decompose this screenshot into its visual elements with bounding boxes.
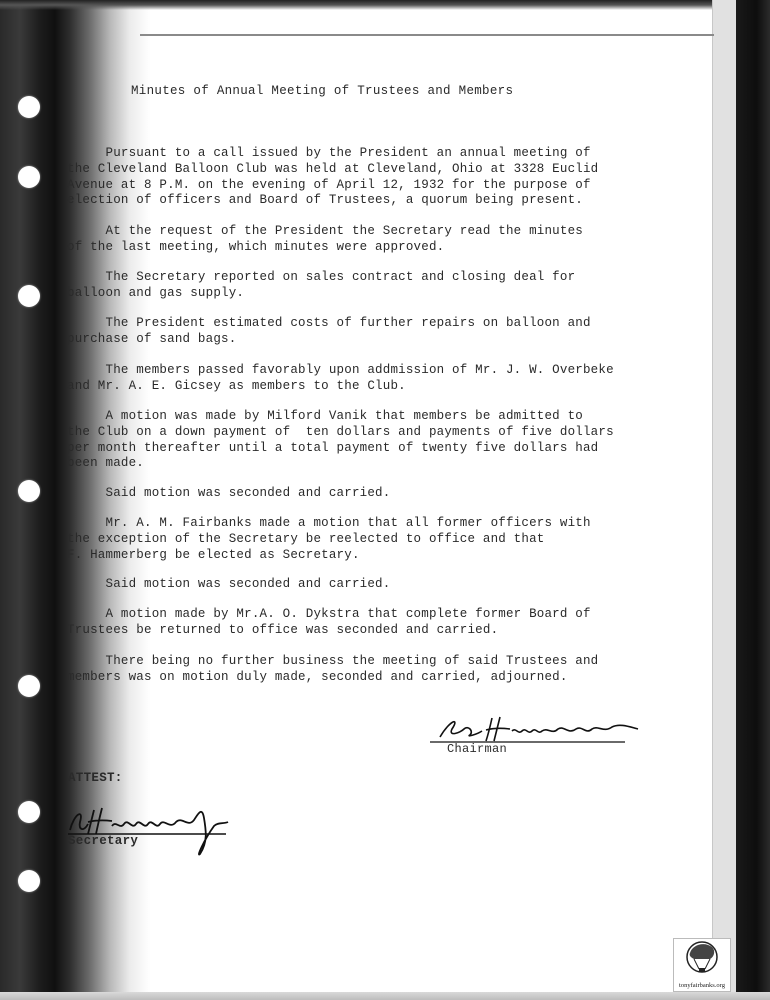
paragraph: A motion made by Mr.A. O. Dykstra that c… (67, 607, 627, 639)
document-title: Minutes of Annual Meeting of Trustees an… (131, 84, 513, 98)
paragraph: Said motion was seconded and carried. (67, 486, 627, 502)
text-line: Said motion was seconded and carried. (67, 486, 627, 502)
text-line: Avenue at 8 P.M. on the evening of April… (67, 178, 627, 194)
paragraph: Mr. A. M. Fairbanks made a motion that a… (67, 516, 627, 563)
right-page-frame (712, 0, 737, 1000)
text-line: At the request of the President the Secr… (67, 224, 627, 240)
secretary-signature-icon (66, 800, 246, 860)
text-line: The Secretary reported on sales contract… (67, 270, 627, 286)
binder-hole (18, 675, 40, 697)
text-line: of the last meeting, which minutes were … (67, 240, 627, 256)
paragraph: The President estimated costs of further… (67, 316, 627, 348)
binder-hole (18, 480, 40, 502)
attest-label: ATTEST: (68, 771, 123, 785)
binder-hole (18, 801, 40, 823)
right-scan-edge (736, 0, 770, 1000)
paragraph: The Secretary reported on sales contract… (67, 270, 627, 302)
watermark-text: tonyfairbanks.org (674, 982, 730, 989)
chairman-signature-block: Chairman (430, 715, 650, 765)
text-line: Mr. A. M. Fairbanks made a motion that a… (67, 516, 627, 532)
secretary-label: Secretary (68, 834, 138, 848)
text-line: purchase of sand bags. (67, 332, 627, 348)
chairman-label: Chairman (447, 742, 507, 756)
site-watermark: tonyfairbanks.org (673, 938, 731, 992)
bottom-scan-edge (0, 992, 770, 1000)
text-line: been made. (67, 456, 627, 472)
text-line: the exception of the Secretary be reelec… (67, 532, 627, 548)
text-line: The President estimated costs of further… (67, 316, 627, 332)
paragraph: A motion was made by Milford Vanik that … (67, 409, 627, 472)
text-line: Said motion was seconded and carried. (67, 577, 627, 593)
binder-hole (18, 96, 40, 118)
text-line: A motion was made by Milford Vanik that … (67, 409, 627, 425)
text-line: per month thereafter until a total payme… (67, 441, 627, 457)
secretary-signature-block: Secretary (66, 800, 246, 870)
text-line: balloon and gas supply. (67, 286, 627, 302)
text-line: the Club on a down payment of ten dollar… (67, 425, 627, 441)
paragraph: At the request of the President the Secr… (67, 224, 627, 256)
text-line: Pursuant to a call issued by the Preside… (67, 146, 627, 162)
paragraph: The members passed favorably upon addmis… (67, 363, 627, 395)
top-edge-shadow (0, 0, 770, 10)
inner-page-top-edge (140, 34, 714, 36)
text-line: There being no further business the meet… (67, 654, 627, 670)
text-line: A motion made by Mr.A. O. Dykstra that c… (67, 607, 627, 623)
paragraph: There being no further business the meet… (67, 654, 627, 686)
text-line: election of officers and Board of Truste… (67, 193, 627, 209)
paragraph: Pursuant to a call issued by the Preside… (67, 146, 627, 209)
text-line: The members passed favorably upon addmis… (67, 363, 627, 379)
binder-hole (18, 285, 40, 307)
text-line: and Mr. A. E. Gicsey as members to the C… (67, 379, 627, 395)
text-line: F. Hammerberg be elected as Secretary. (67, 548, 627, 564)
binder-hole (18, 166, 40, 188)
binder-hole (18, 870, 40, 892)
chairman-signature-icon (430, 715, 650, 745)
hot-air-balloon-icon (674, 939, 730, 979)
paragraph: Said motion was seconded and carried. (67, 577, 627, 593)
text-line: members was on motion duly made, seconde… (67, 670, 627, 686)
text-line: the Cleveland Balloon Club was held at C… (67, 162, 627, 178)
text-line: Trustees be returned to office was secon… (67, 623, 627, 639)
